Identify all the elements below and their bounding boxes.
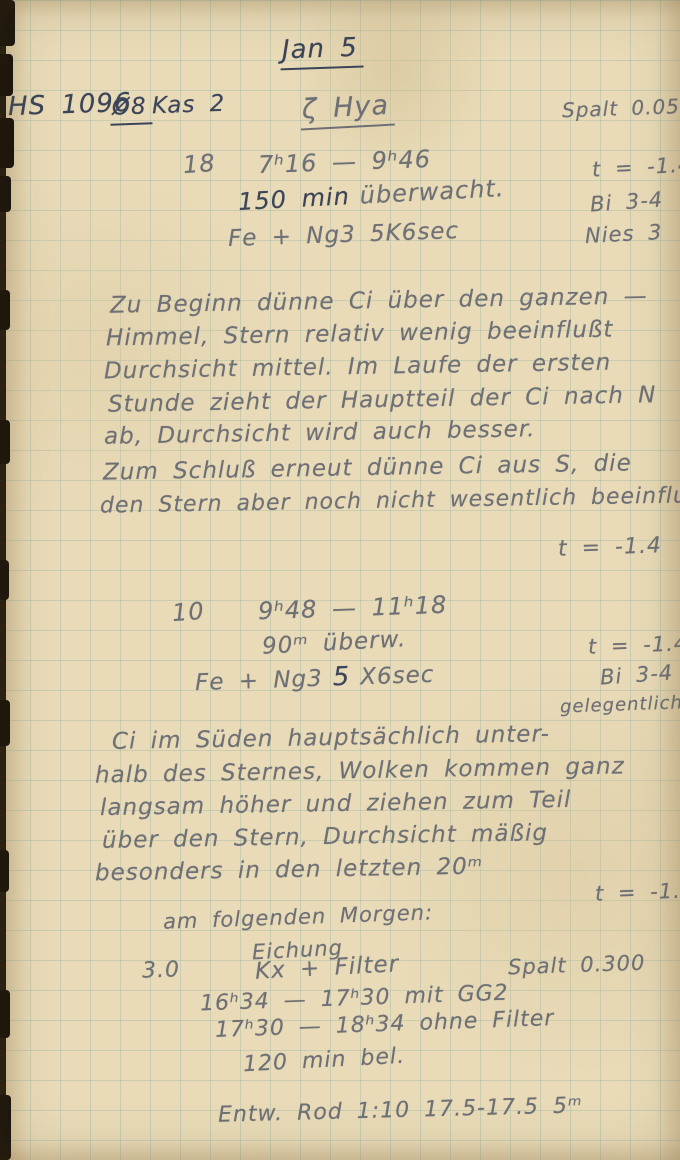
exposure1-duration-note: überwacht. [359,174,505,210]
calibration-duration: 120 min bel. [242,1044,405,1077]
binding-mark [0,290,10,330]
note-line: Ci im Süden hauptsächlich unter- [112,721,550,755]
binding-mark [0,560,9,600]
notes1-temperature: t = -1.4 [558,533,663,562]
binding-mark [0,700,10,746]
binding-mark [0,118,14,168]
exposure2-emulsion-prefix: Fe + Ng3 [195,666,324,696]
binding-mark [0,990,10,1038]
note-line: langsam höher und ziehen zum Teil [100,787,572,821]
calibration-plate-no: 3.0 [142,957,181,983]
note-line: Himmel, Stern relativ wenig beeinflußt [106,317,614,352]
exposure2-time-range: 9ʰ48 — 11ʰ18 [258,591,448,626]
exposure2-emulsion: Fe + Ng3 5 X6sec [195,659,435,697]
slit-width: Spalt 0.050 [562,94,680,123]
binding-mark [0,0,15,46]
note-line: besonders in den letzten 20ᵐ [95,854,483,887]
exposure1-seeing: Nies 3 [584,220,663,248]
binding-mark [0,850,9,892]
note-line: über den Stern, Durchsicht mäßig [102,820,548,854]
exposure2-duration: 90ᵐ überw. [261,626,407,660]
exposure2-emulsion-count: 5 [332,662,351,693]
note-line: Zum Schluß erneut dünne Ci aus S, die [103,450,632,485]
note-line: Zu Beginn dünne Ci über den ganzen — [110,283,648,318]
exposure2-bild-note: gelegentlich 4 [560,691,680,717]
exposure1-temperature: t = -1.4 [591,152,680,181]
note-line: Stunde zieht der Hauptteil der Ci nach N [108,382,657,418]
exposure2-emulsion-suffix: X6sec [360,662,435,691]
exposure1-plate-no: 18 [182,149,216,179]
exposure1-duration-value: 150 min [237,182,350,216]
calibration-heading: am folgenden Morgen: [163,900,434,933]
region-label: Kas 2 [152,91,226,120]
object-name: ζ Hya [299,90,395,131]
date-heading: Jan 5 [279,33,363,71]
exposure1-emulsion: Fe + Ng3 5K6sec [228,218,460,252]
binding-mark [0,420,10,464]
logbook-page: Jan 5 HS 1096 Ø8 Kas 2 ζ Hya Spalt 0.050… [0,0,680,1160]
binding-mark [0,176,11,212]
binding-mark [0,1095,11,1160]
exposure1-bild-quality: Bi 3-4 [589,187,664,216]
exposure2-bild-quality: Bi 3-4 [599,660,674,689]
note-line: den Stern aber noch nicht wesentlich bee… [100,482,680,518]
notes2-temperature: t = -1.4 [595,878,680,905]
note-line: Durchsicht mittel. Im Laufe der ersten [104,350,612,385]
aperture-label: Ø8 [109,93,152,125]
exposure1-time-range: 7ʰ16 — 9ʰ46 [258,145,432,179]
note-line: ab, Durchsicht wird auch besser. [104,416,536,450]
exposure2-temperature: t = -1.4 [588,631,680,658]
binding-mark [0,54,13,96]
exposure2-plate-no: 10 [171,597,205,627]
note-line: halb des Sternes, Wolken kommen ganz [95,753,625,788]
development-note: Entw. Rod 1:10 17.5-17.5 5ᵐ [218,1093,583,1128]
calibration-slit-width: Spalt 0.300 [508,951,646,980]
exposure1-duration: 150 min überwacht. [237,174,505,216]
